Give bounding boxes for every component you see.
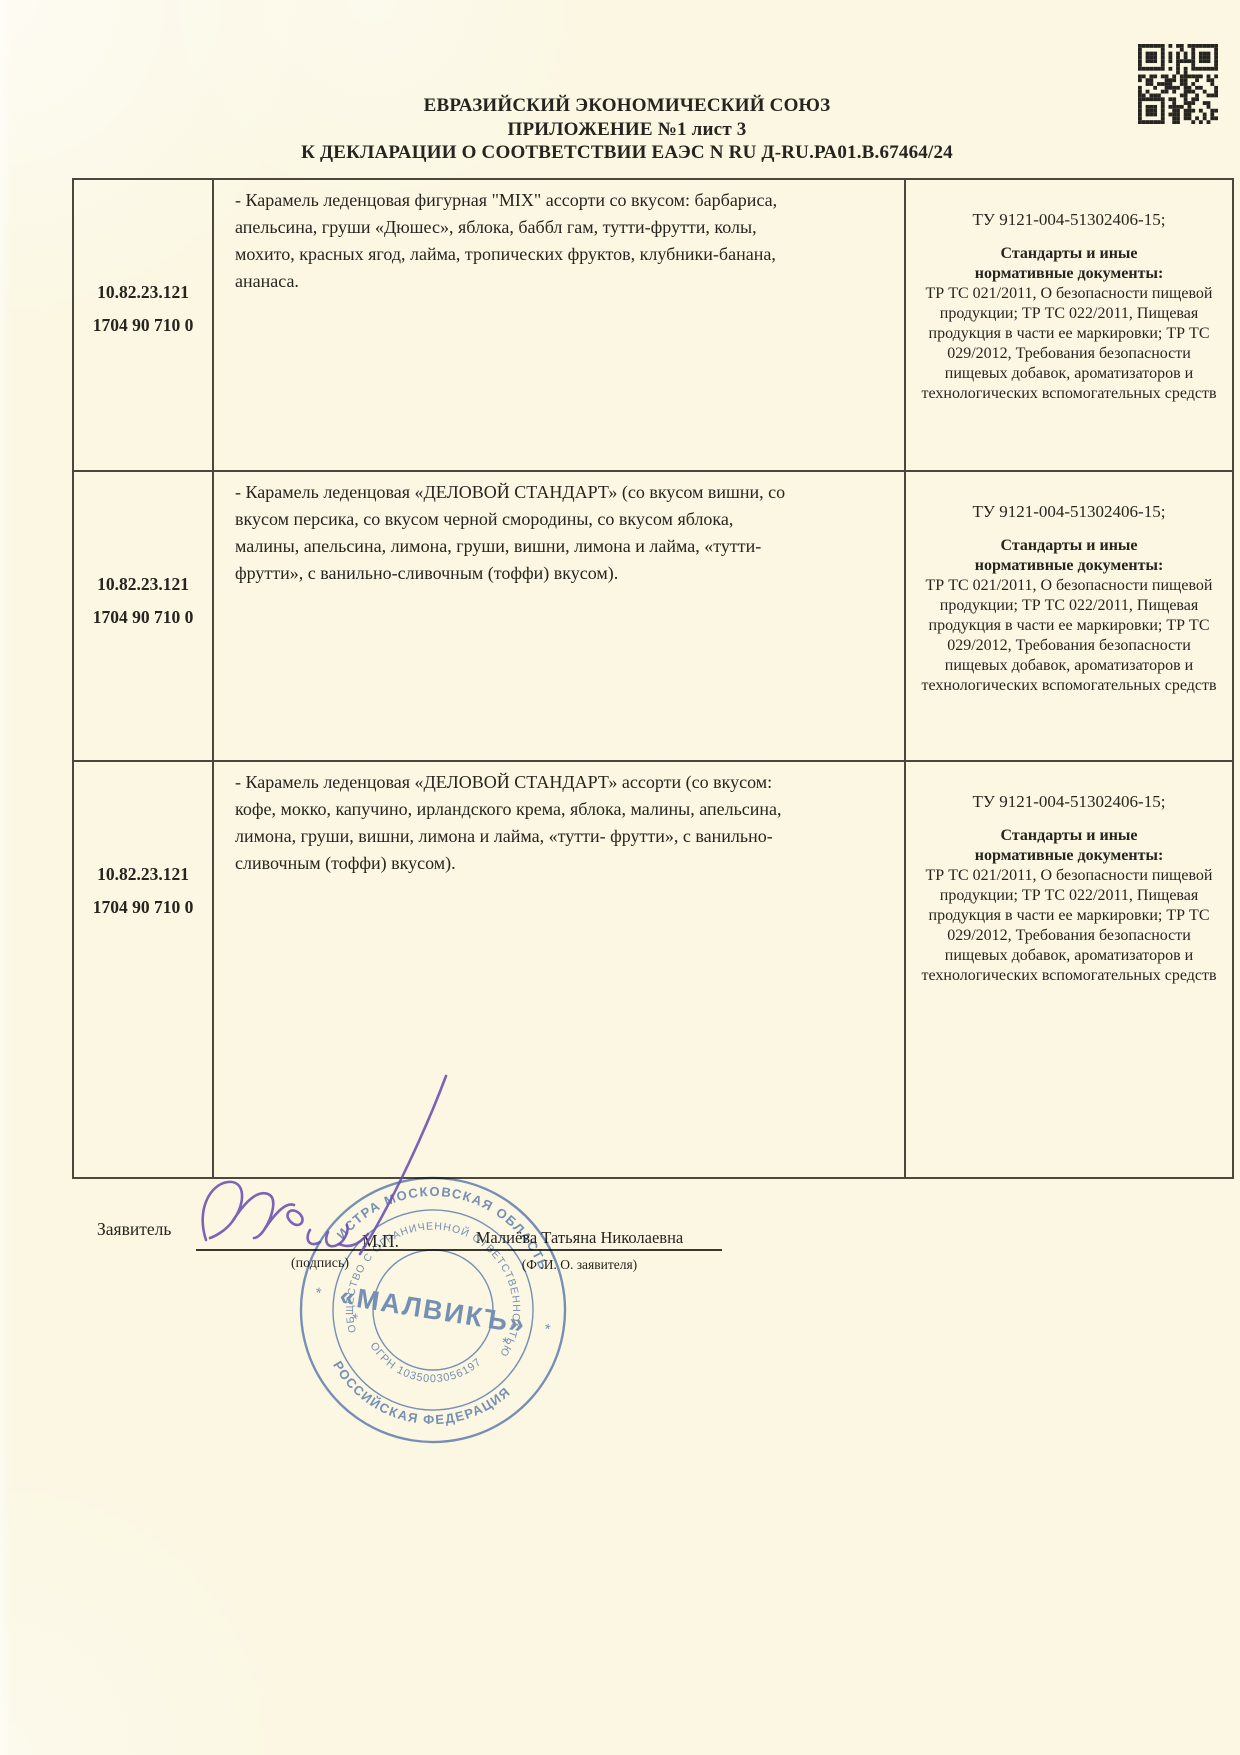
- standards-text: ТР ТС 021/2011, О безопасности пищевой п…: [920, 866, 1218, 986]
- standards-text: ТР ТС 021/2011, О безопасности пищевой п…: [920, 284, 1218, 404]
- stamp-company-name: «МАЛВИКЪ»: [338, 1280, 529, 1339]
- standards-heading-line1: Стандарты и иные: [920, 244, 1218, 264]
- table-row2-codes-cell: 10.82.23.121 1704 90 710 0: [74, 472, 214, 762]
- standards-heading-line2: нормативные документы:: [920, 556, 1218, 576]
- tu-number: ТУ 9121-004-51302406-15;: [920, 502, 1218, 522]
- okpd2-code: 10.82.23.121: [74, 574, 212, 595]
- stamp-star-icon: *: [543, 1321, 552, 1339]
- product-description: - Карамель леденцовая «ДЕЛОВОЙ СТАНДАРТ»…: [235, 479, 798, 587]
- stamp-star-icon: *: [314, 1284, 323, 1302]
- okpd2-code: 10.82.23.121: [74, 282, 212, 303]
- svg-text:ОГРН 1035003056197: ОГРН 1035003056197: [363, 1339, 485, 1394]
- table-row2-standards-cell: ТУ 9121-004-51302406-15; Стандарты и ины…: [906, 472, 1232, 762]
- header-declaration-number-line: К ДЕКЛАРАЦИИ О СООТВЕТСТВИИ ЕАЭС N RU Д-…: [72, 141, 1182, 165]
- tnved-code: 1704 90 710 0: [74, 897, 212, 918]
- tnved-code: 1704 90 710 0: [74, 315, 212, 336]
- stamp-ogrn-text: ОГРН 1035003056197: [363, 1339, 485, 1394]
- signature-stroke: [360, 1076, 446, 1254]
- standards-heading-line1: Стандарты и иные: [920, 826, 1218, 846]
- signature-stroke: [203, 1182, 294, 1240]
- products-table: 10.82.23.121 1704 90 710 0 - Карамель ле…: [72, 178, 1234, 1179]
- tu-number: ТУ 9121-004-51302406-15;: [920, 210, 1218, 230]
- table-row1-codes-cell: 10.82.23.121 1704 90 710 0: [74, 180, 214, 472]
- tnved-code: 1704 90 710 0: [74, 607, 212, 628]
- table-row1-standards-cell: ТУ 9121-004-51302406-15; Стандарты и ины…: [906, 180, 1232, 472]
- product-description: - Карамель леденцовая «ДЕЛОВОЙ СТАНДАРТ»…: [235, 769, 798, 877]
- table-row2-description-cell: - Карамель леденцовая «ДЕЛОВОЙ СТАНДАРТ»…: [214, 472, 906, 762]
- standards-heading-line2: нормативные документы:: [920, 846, 1218, 866]
- standards-heading-line2: нормативные документы:: [920, 264, 1218, 284]
- scanned-declaration-sheet: ЕВРАЗИЙСКИЙ ЭКОНОМИЧЕСКИЙ СОЮЗ ПРИЛОЖЕНИ…: [0, 0, 1240, 1755]
- header-annex-line: ПРИЛОЖЕНИЕ №1 лист 3: [72, 118, 1182, 142]
- applicant-label: Заявитель: [97, 1219, 171, 1240]
- handwritten-signature: [188, 1072, 488, 1272]
- header-union-line: ЕВРАЗИЙСКИЙ ЭКОНОМИЧЕСКИЙ СОЮЗ: [72, 94, 1182, 118]
- table-row3-standards-cell: ТУ 9121-004-51302406-15; Стандарты и ины…: [906, 762, 1232, 1177]
- table-row1-description-cell: - Карамель леденцовая фигурная "MIX" асс…: [214, 180, 906, 472]
- document-header: ЕВРАЗИЙСКИЙ ЭКОНОМИЧЕСКИЙ СОЮЗ ПРИЛОЖЕНИ…: [72, 94, 1182, 165]
- standards-text: ТР ТС 021/2011, О безопасности пищевой п…: [920, 576, 1218, 696]
- signature-stroke: [287, 1210, 347, 1246]
- product-description: - Карамель леденцовая фигурная "MIX" асс…: [235, 187, 798, 295]
- standards-heading-line1: Стандарты и иные: [920, 536, 1218, 556]
- tu-number: ТУ 9121-004-51302406-15;: [920, 792, 1218, 812]
- okpd2-code: 10.82.23.121: [74, 864, 212, 885]
